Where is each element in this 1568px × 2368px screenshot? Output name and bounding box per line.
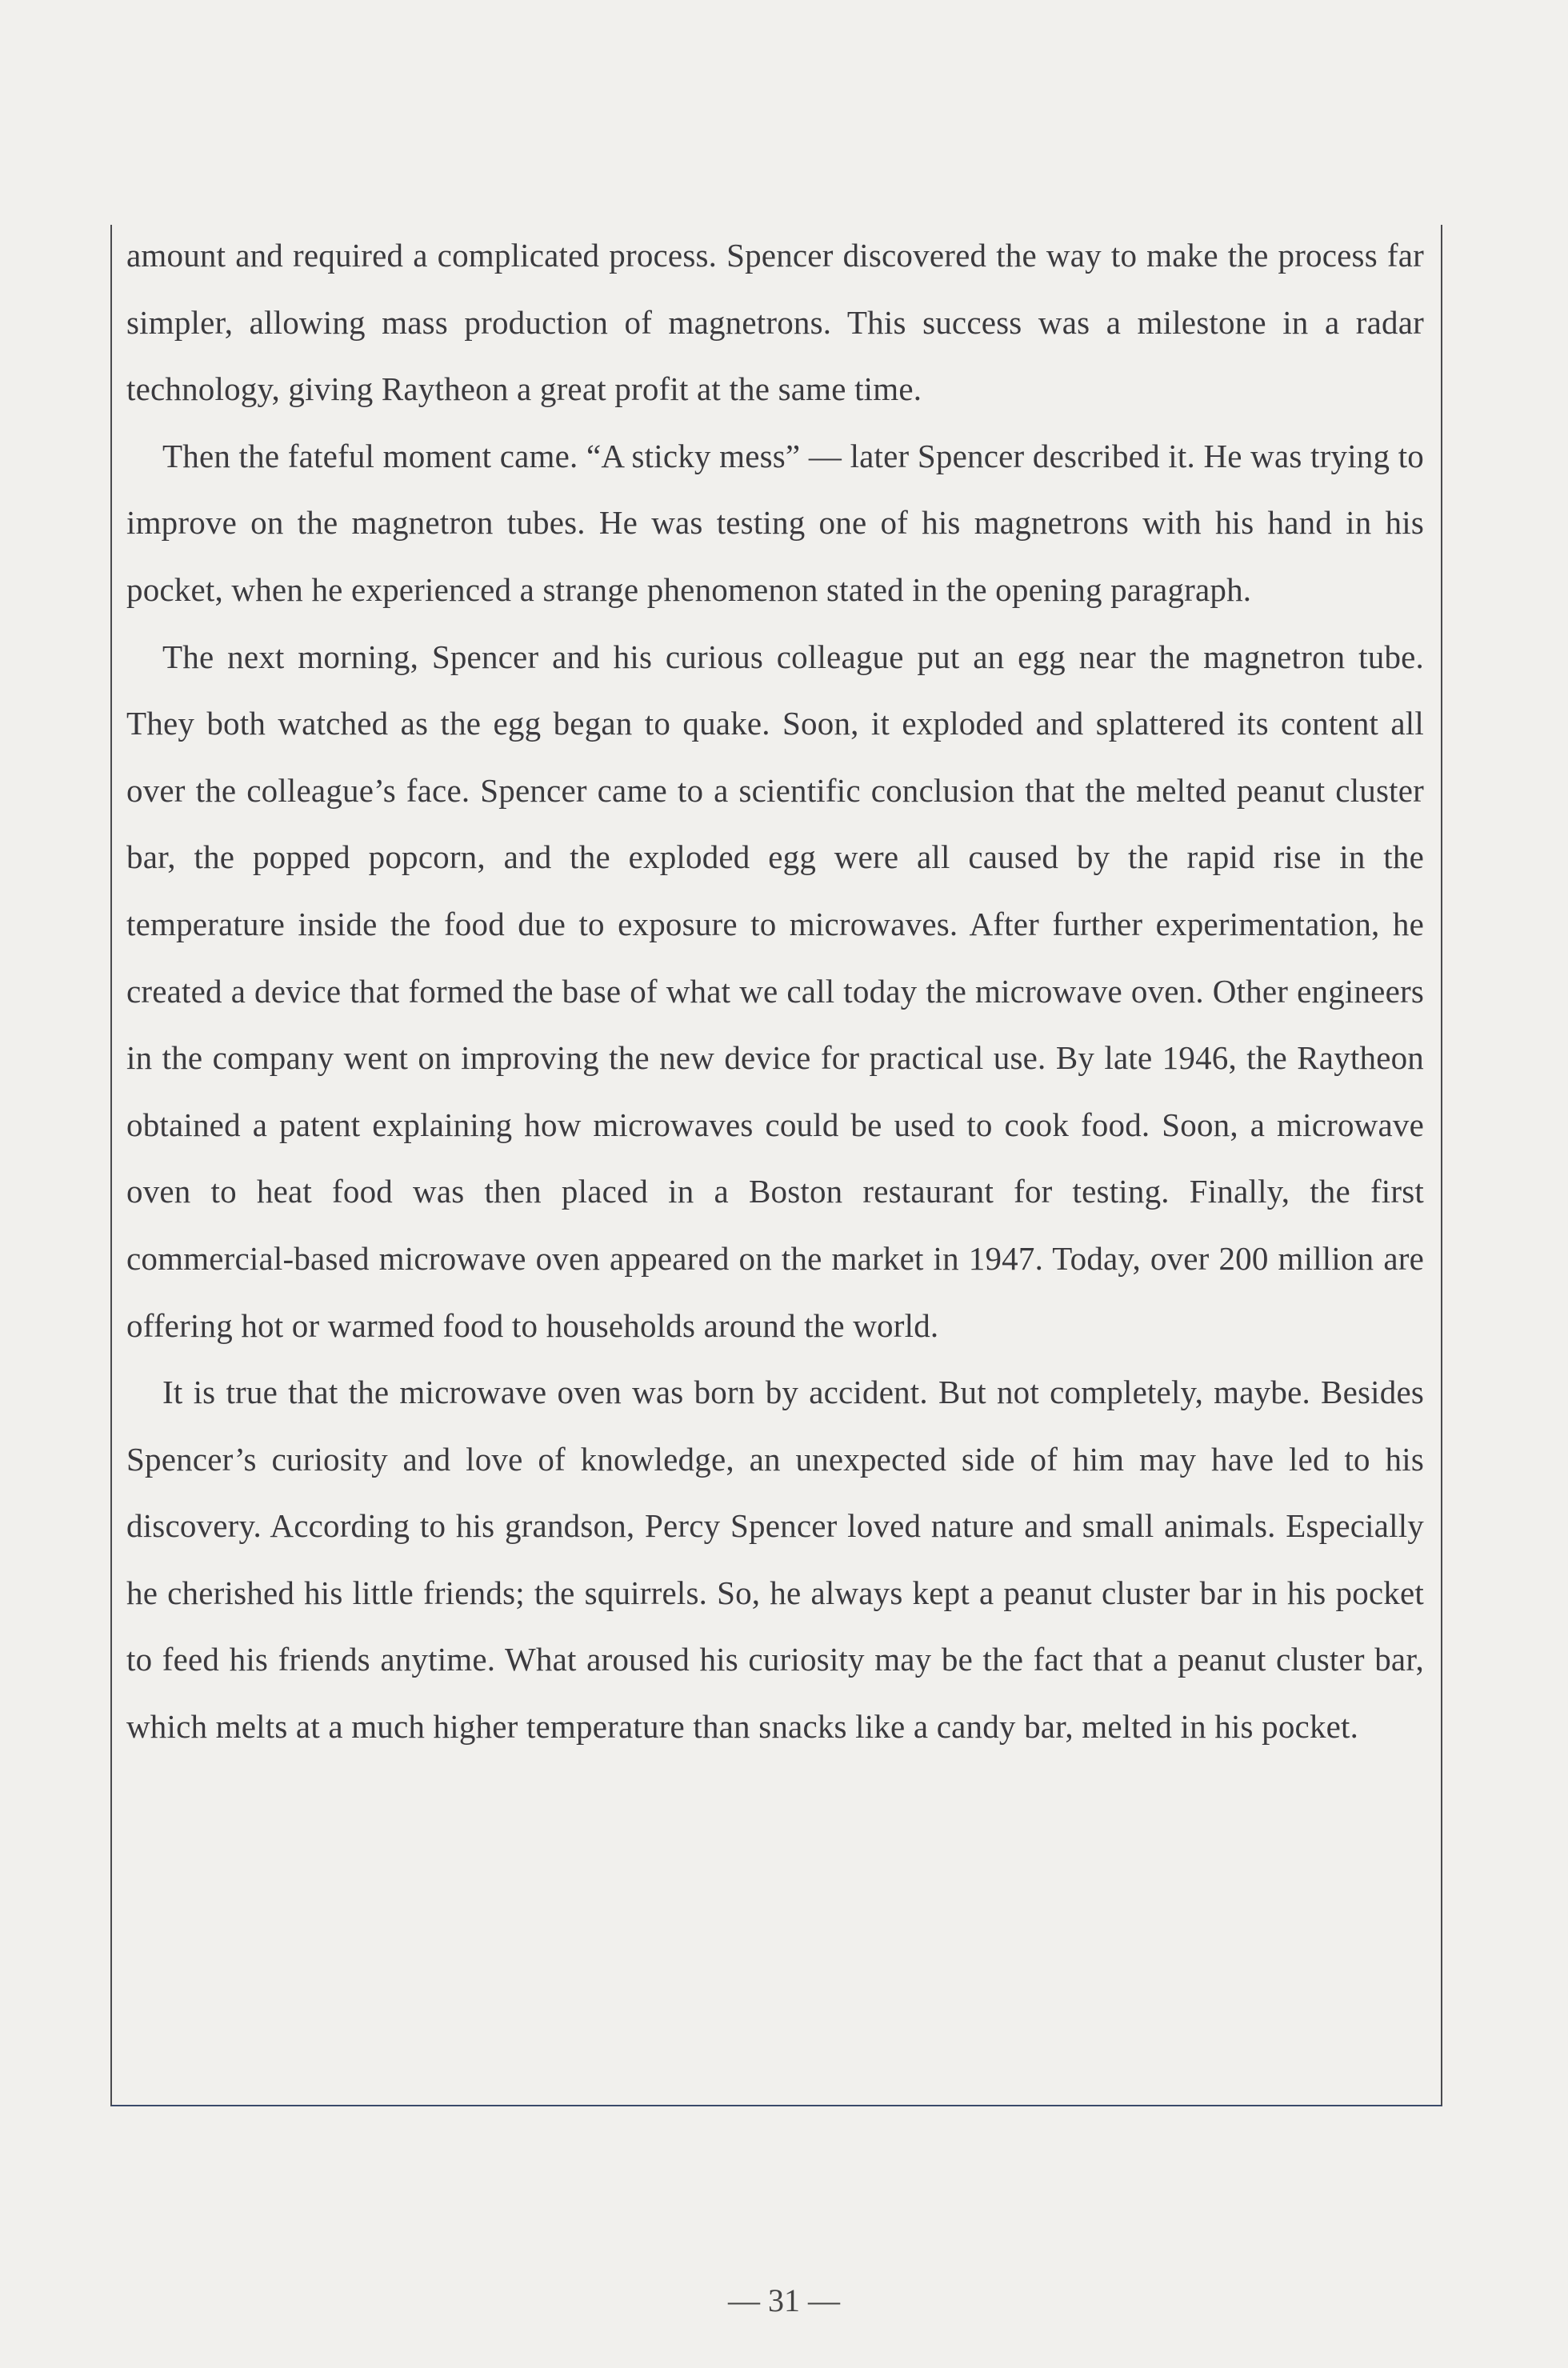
passage-body: amount and required a complicated proces… xyxy=(126,222,1424,1761)
page-number: — 31 — xyxy=(0,2282,1568,2319)
paragraph-1: amount and required a complicated proces… xyxy=(126,222,1424,423)
paragraph-2: Then the fateful moment came. “A sticky … xyxy=(126,423,1424,624)
paragraph-4: It is true that the microwave oven was b… xyxy=(126,1359,1424,1761)
paragraph-3: The next morning, Spencer and his curiou… xyxy=(126,624,1424,1360)
